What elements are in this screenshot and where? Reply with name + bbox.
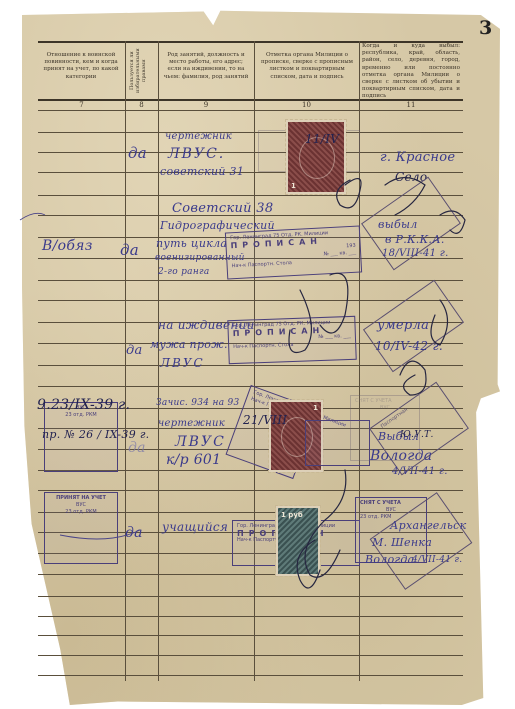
faint-writing bbox=[70, 130, 73, 141]
occupation-row-2-line-1: Советский 38 bbox=[172, 201, 273, 216]
departure-row-1-line-5: 18/VIII-41 г. bbox=[382, 248, 449, 259]
departure-row-5-line-1: Архангельск bbox=[390, 519, 466, 532]
voting-right-row-2: да bbox=[120, 241, 139, 259]
departure-row-4-line-3: Вологда bbox=[370, 448, 432, 464]
departure-row-3-line-1: умерла bbox=[377, 318, 429, 333]
col-number-7: 7 bbox=[38, 101, 125, 109]
departure-row-5-line-2: М. Шенка bbox=[372, 536, 432, 549]
voting-right-row-5: да bbox=[125, 525, 143, 541]
occupation-row-4-line-3: ЛВУС bbox=[175, 434, 226, 450]
departure-row-5-line-3: Вологда bbox=[365, 553, 415, 566]
occupation-row-1-line-1: чертежник bbox=[165, 131, 232, 142]
header-col-8: Пользуется ли избирательными правами bbox=[129, 44, 155, 98]
ruled-line bbox=[38, 596, 463, 597]
ruled-line bbox=[38, 616, 463, 617]
occupation-row-5-line-1: учащийся bbox=[162, 520, 228, 534]
ruled-line bbox=[38, 132, 463, 133]
ruled-line bbox=[38, 280, 463, 281]
col-number-10: 10 bbox=[254, 101, 359, 109]
col-number-8: 8 bbox=[125, 101, 158, 109]
voting-right-row-4: да bbox=[128, 440, 146, 456]
voting-right-row-1: да bbox=[128, 144, 147, 162]
revenue-stamp: 1 руб bbox=[276, 506, 320, 576]
ruled-line bbox=[38, 635, 463, 636]
col-number-9: 9 bbox=[158, 101, 254, 109]
column-divider bbox=[158, 41, 159, 681]
header-col-9: Род занятий, должность и место работы, е… bbox=[162, 52, 250, 81]
ruled-line bbox=[38, 110, 463, 111]
occupation-row-2-line-3: путь цикла bbox=[156, 237, 227, 250]
occupation-row-1-line-3: советский 31 bbox=[160, 165, 244, 178]
military-status-row-2: В/обяз bbox=[42, 238, 93, 254]
col-number-11: 11 bbox=[359, 101, 463, 109]
page-number: 3 bbox=[479, 17, 492, 39]
departure-row-4-line-2: Ю.У.Т. bbox=[400, 430, 434, 440]
occupation-row-1-line-2: ЛВУС. bbox=[168, 146, 225, 162]
military-accepted-stamp: ПРИНЯТ НА УЧЕТ ВУС 23 отд. РКМ bbox=[44, 492, 118, 564]
departure-row-3-line-2: 10/IV-42 г. bbox=[375, 339, 443, 353]
occupation-row-2-line-5: 2-го ранга bbox=[158, 267, 210, 277]
revenue-stamp-annotation: 21/VIII bbox=[243, 413, 287, 427]
occupation-row-4-line-2: чертежник bbox=[158, 418, 225, 429]
military-status-row-4-line-1: 9.23/IX-39 г. bbox=[37, 397, 130, 413]
occupation-row-4-line-4: к/р 601 bbox=[166, 452, 221, 468]
propiska-stamp: Гор. Ленинград 75 Отд. РК. Милиции ПРОПИ… bbox=[227, 316, 356, 364]
header-col-7: Отношение к воинской повинности, кем и к… bbox=[40, 52, 122, 81]
occupation-row-3-line-3: ЛВУС bbox=[160, 356, 205, 370]
column-divider bbox=[125, 41, 126, 681]
departure-row-4-line-4: 4/VII-41 г. bbox=[392, 466, 448, 477]
ruled-line bbox=[38, 300, 463, 301]
occupation-row-3-line-2: мужа прож. bbox=[150, 338, 228, 351]
ruled-line bbox=[38, 490, 463, 491]
ruled-line bbox=[38, 655, 463, 656]
departure-row-1-line-1: г. Красное bbox=[380, 150, 455, 165]
occupation-row-4-line-1: Зачис. 934 на 93 bbox=[156, 398, 240, 408]
header-col-11: Когда и куда выбыл: республика, край, об… bbox=[362, 43, 460, 101]
propiska-stamp: Гор. Ленинград 75 Отд. РК. Милиции ПРОПИ… bbox=[225, 225, 362, 279]
departure-row-1-line-4: в Р.К.К.А. bbox=[385, 233, 445, 246]
ruled-line bbox=[38, 675, 463, 676]
header-col-10: Отметка органа Милиции о прописке, сверк… bbox=[258, 52, 356, 81]
departure-row-1-line-3: выбыл bbox=[378, 218, 418, 231]
voting-right-row-3: да bbox=[126, 343, 143, 358]
revenue-stamp-annotation: 11/IV bbox=[305, 132, 339, 146]
departure-row-5-line-4: 4/VII-41 г. bbox=[412, 555, 462, 565]
